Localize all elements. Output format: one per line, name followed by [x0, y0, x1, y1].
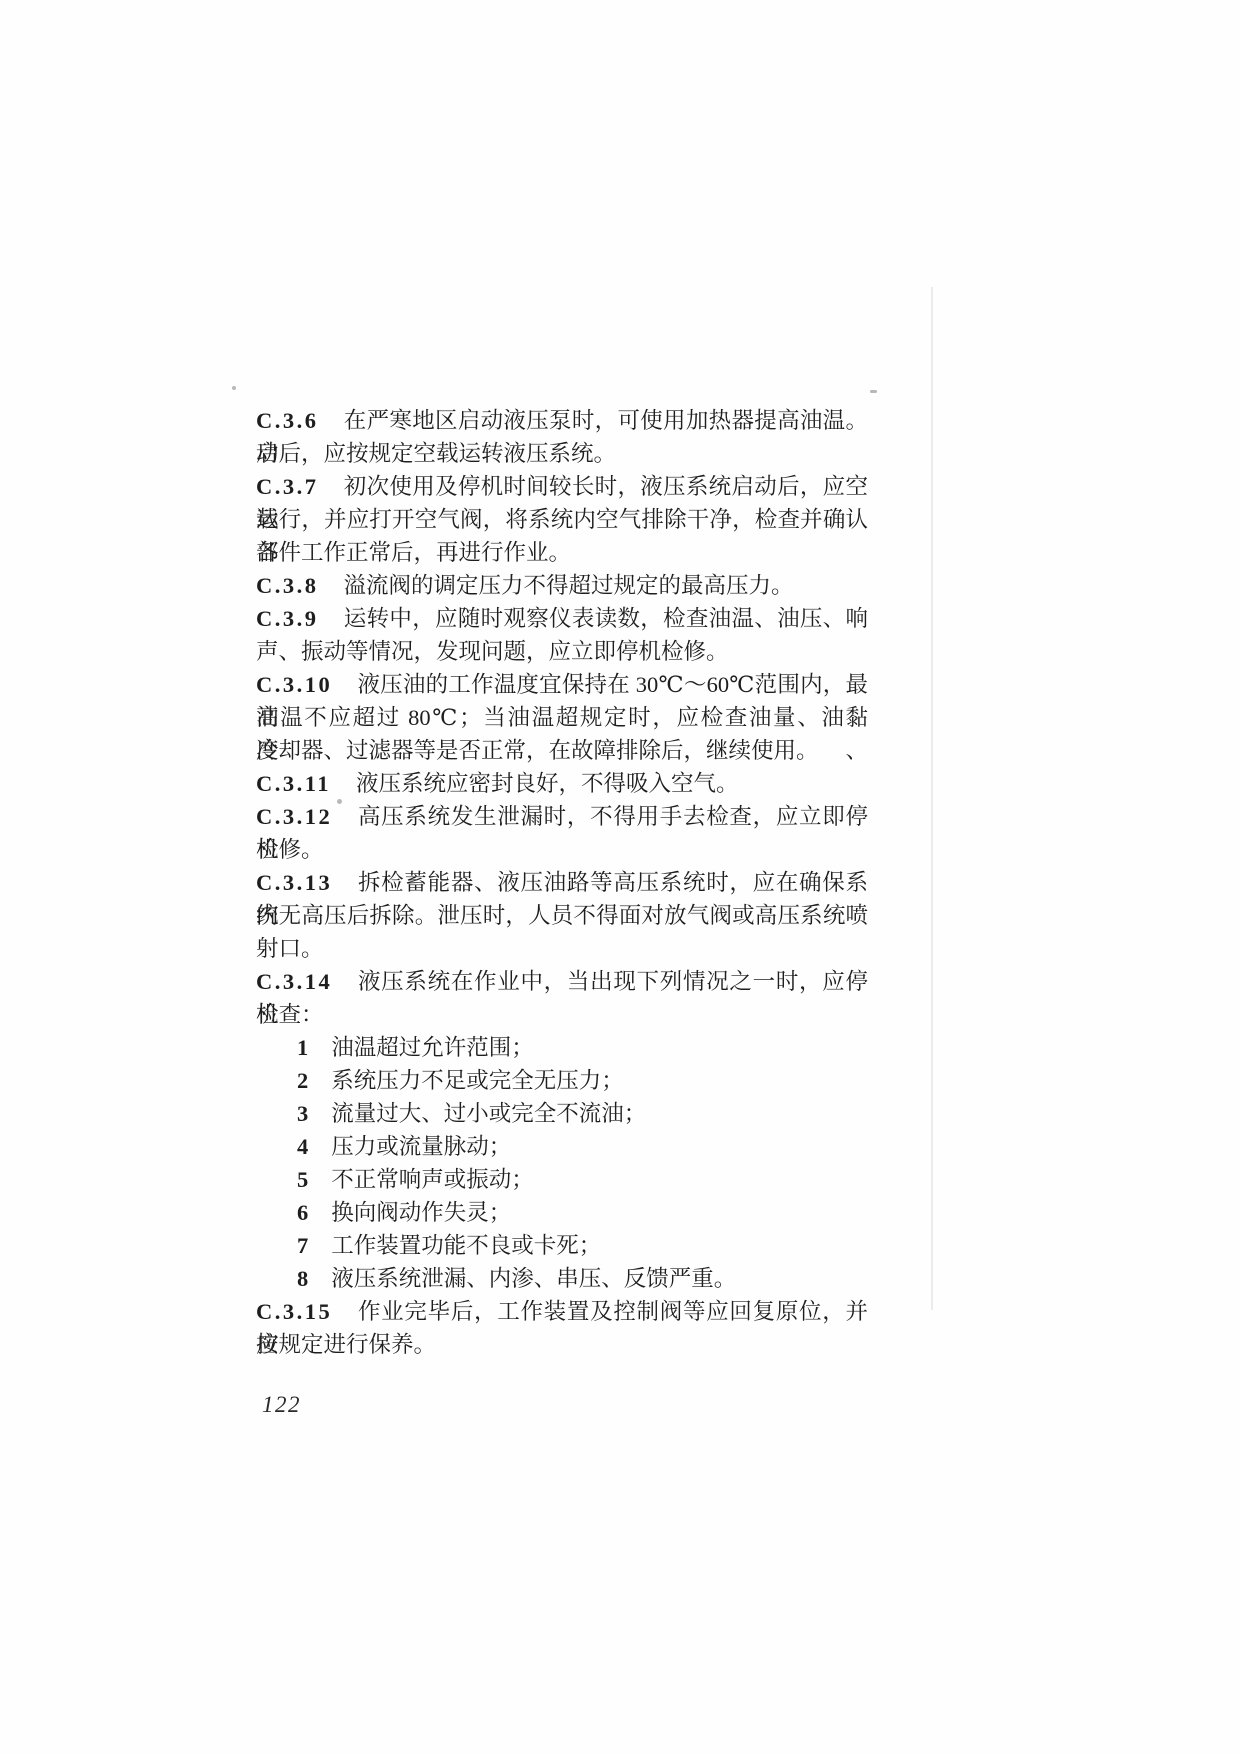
text-line: 6换向阀动作失灵；: [256, 1196, 868, 1229]
line-text: 按规定进行保养。: [256, 1332, 436, 1357]
text-line: 按规定进行保养。: [256, 1328, 868, 1361]
text-line: 动后，应按规定空载运转液压系统。: [256, 437, 868, 470]
line-text: 换向阀动作失灵；: [331, 1200, 511, 1225]
line-text: 运转中，应随时观察仪表读数，检查油温、油压、响: [344, 606, 869, 631]
text-line: 部件工作正常后，再进行作业。: [256, 536, 868, 569]
text-line: C.3.12高压系统发生泄漏时，不得用手去检查，应立即停机: [256, 800, 868, 833]
scan-speck: [870, 390, 877, 393]
scan-fold-artifact: [931, 287, 933, 1310]
item-number: 6: [297, 1200, 308, 1225]
item-number: 7: [297, 1233, 308, 1258]
page-number: 122: [262, 1392, 301, 1418]
clause-number: C.3.8: [256, 573, 319, 598]
text-line: 1油温超过允许范围；: [256, 1031, 868, 1064]
line-text: 检修。: [256, 837, 324, 862]
item-number: 4: [297, 1134, 308, 1159]
line-text: 系统压力不足或完全无压力；: [331, 1068, 624, 1093]
item-number: 1: [297, 1035, 308, 1060]
line-text: 部件工作正常后，再进行作业。: [256, 540, 571, 565]
clause-number: C.3.15: [256, 1299, 332, 1324]
item-number: 5: [297, 1167, 308, 1192]
text-line: 内无高压后拆除。泄压时，人员不得面对放气阀或高压系统喷: [256, 899, 868, 932]
text-line: 声、振动等情况，发现问题，应立即停机检修。: [256, 635, 868, 668]
clause-number: C.3.9: [256, 606, 319, 631]
line-text: 声、振动等情况，发现问题，应立即停机检修。: [256, 639, 729, 664]
text-line: 5不正常响声或振动；: [256, 1163, 868, 1196]
line-text: 溢流阀的调定压力不得超过规定的最高压力。: [344, 573, 794, 598]
clause-number: C.3.12: [256, 804, 332, 829]
text-line: C.3.8溢流阀的调定压力不得超过规定的最高压力。: [256, 569, 868, 602]
text-line: C.3.14液压系统在作业中，当出现下列情况之一时，应停机: [256, 965, 868, 998]
text-line: C.3.11液压系统应密封良好，不得吸入空气。: [256, 767, 868, 800]
line-text: 液压系统应密封良好，不得吸入空气。: [356, 771, 739, 796]
item-number: 2: [297, 1068, 308, 1093]
text-line: C.3.9运转中，应随时观察仪表读数，检查油温、油压、响: [256, 602, 868, 635]
line-text: 工作装置功能不良或卡死；: [331, 1233, 601, 1258]
text-line: 4压力或流量脉动；: [256, 1130, 868, 1163]
text-line: 3流量过大、过小或完全不流油；: [256, 1097, 868, 1130]
scan-speck: [232, 386, 236, 390]
line-text: 流量过大、过小或完全不流油；: [331, 1101, 646, 1126]
line-text: 油温超过允许范围；: [331, 1035, 534, 1060]
text-line: 检查：: [256, 998, 868, 1031]
document-page: C.3.6在严寒地区启动液压泵时，可使用加热器提高油温。启动后，应按规定空载运转…: [0, 0, 1240, 1754]
line-text: 冷却器、过滤器等是否正常，在故障排除后，继续使用。: [256, 738, 819, 763]
text-line: 运行，并应打开空气阀，将系统内空气排除干净，检查并确认各: [256, 503, 868, 536]
line-text: 液压系统泄漏、内渗、串压、反馈严重。: [331, 1266, 736, 1291]
item-number: 8: [297, 1266, 308, 1291]
clause-number: C.3.10: [256, 672, 332, 697]
text-line: 冷却器、过滤器等是否正常，在故障排除后，继续使用。: [256, 734, 868, 767]
text-line: 检修。: [256, 833, 868, 866]
clause-number: C.3.14: [256, 969, 332, 994]
line-text: 射口。: [256, 936, 324, 961]
clause-number: C.3.11: [256, 771, 331, 796]
text-line: C.3.13拆检蓄能器、液压油路等高压系统时，应在确保系统: [256, 866, 868, 899]
text-line: 7工作装置功能不良或卡死；: [256, 1229, 868, 1262]
line-text: 不正常响声或振动；: [331, 1167, 534, 1192]
text-line: 射口。: [256, 932, 868, 965]
text-line: C.3.10液压油的工作温度宜保持在 30℃～60℃范围内，最高: [256, 668, 868, 701]
text-line: 8液压系统泄漏、内渗、串压、反馈严重。: [256, 1262, 868, 1295]
text-line: 油温不应超过 80℃；当油温超规定时，应检查油量、油黏度、: [256, 701, 868, 734]
clause-number: C.3.7: [256, 474, 319, 499]
text-line: C.3.6在严寒地区启动液压泵时，可使用加热器提高油温。启: [256, 404, 868, 437]
clause-number: C.3.6: [256, 408, 319, 433]
item-number: 3: [297, 1101, 308, 1126]
text-line: 2系统压力不足或完全无压力；: [256, 1064, 868, 1097]
clause-number: C.3.13: [256, 870, 332, 895]
line-text: 检查：: [256, 1002, 324, 1027]
text-line: C.3.7初次使用及停机时间较长时，液压系统启动后，应空载: [256, 470, 868, 503]
line-text: 动后，应按规定空载运转液压系统。: [256, 441, 616, 466]
text-line: C.3.15作业完毕后，工作装置及控制阀等应回复原位，并应: [256, 1295, 868, 1328]
line-text: 内无高压后拆除。泄压时，人员不得面对放气阀或高压系统喷: [256, 903, 868, 928]
document-text: C.3.6在严寒地区启动液压泵时，可使用加热器提高油温。启动后，应按规定空载运转…: [256, 404, 868, 1361]
line-text: 压力或流量脉动；: [331, 1134, 511, 1159]
